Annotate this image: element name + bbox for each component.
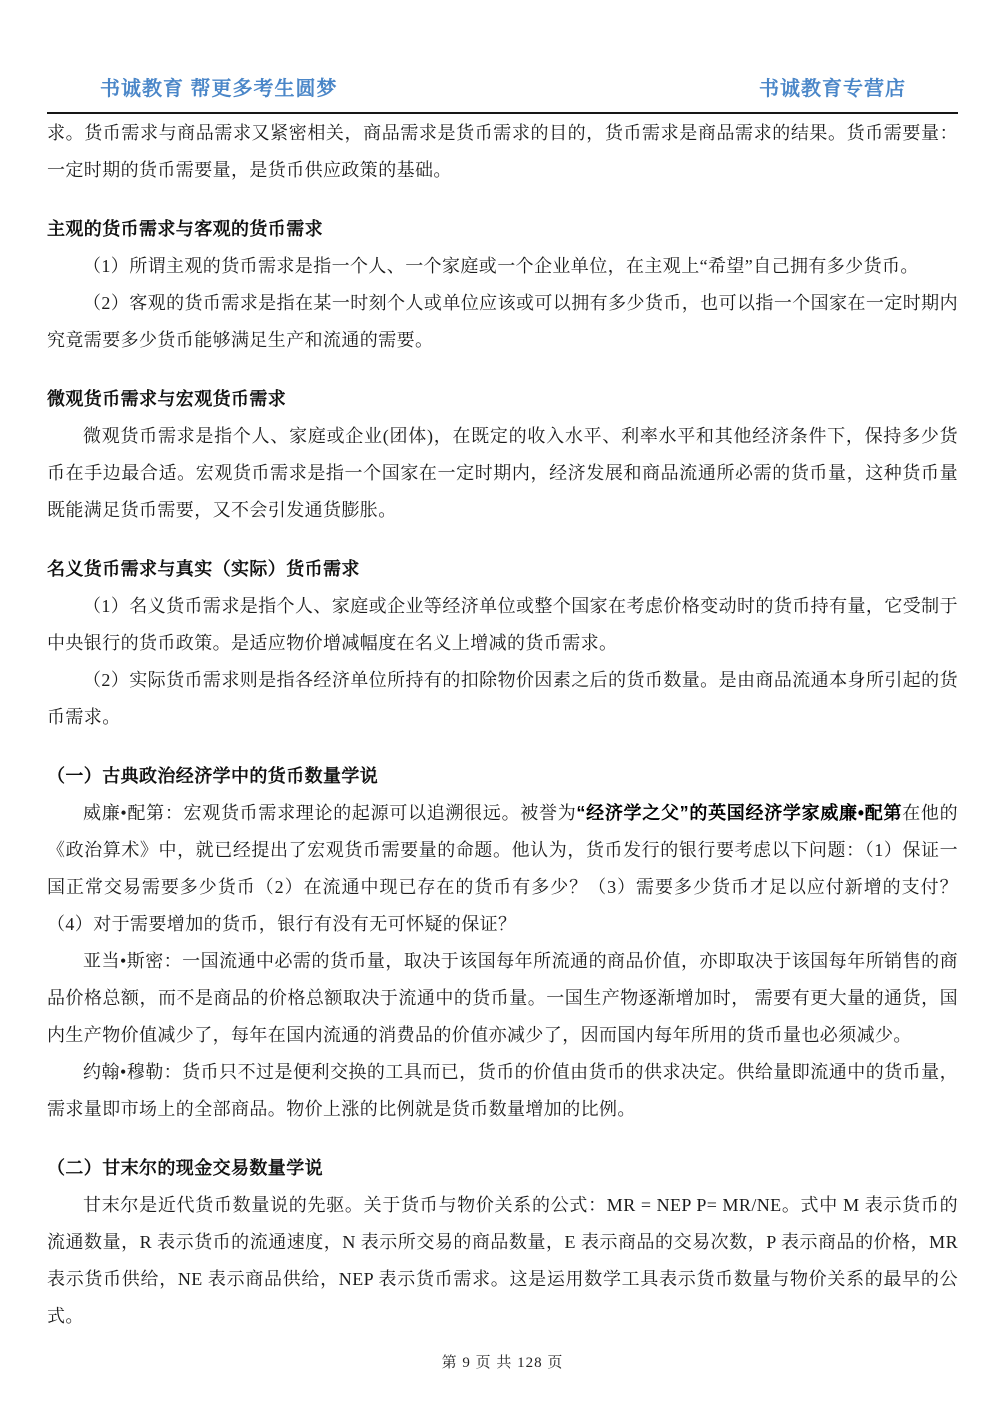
text-run: （一）古典政治经济学中的货币数量学说 — [47, 766, 378, 786]
text-run: （二）甘末尔的现金交易数量学说 — [47, 1158, 323, 1178]
paragraph: 亚当•斯密：一国流通中必需的货币量，取决于该国每年所流通的商品价值，亦即取决于该… — [47, 943, 958, 1054]
paragraph: （2）实际货币需求则是指各经济单位所持有的扣除物价因素之后的货币数量。是由商品流… — [47, 662, 958, 736]
text-run: 微观货币需求是指个人、家庭或企业(团体)，在既定的收入水平、利率水平和其他经济条… — [47, 426, 958, 520]
document-page: 书诚教育 帮更多考生圆梦 书诚教育专营店 求。货币需求与商品需求又紧密相关，商品… — [0, 0, 1000, 1414]
text-run: 求。货币需求与商品需求又紧密相关，商品需求是货币需求的目的，货币需求是商品需求的… — [47, 123, 958, 180]
page-header: 书诚教育 帮更多考生圆梦 书诚教育专营店 — [47, 0, 958, 101]
paragraph: （2）客观的货币需求是指在某一时刻个人或单位应该或可以拥有多少货币，也可以指一个… — [47, 285, 958, 359]
section-heading: 微观货币需求与宏观货币需求 — [47, 381, 958, 418]
header-right-brand: 书诚教育专营店 — [759, 72, 906, 101]
document-body: 求。货币需求与商品需求又紧密相关，商品需求是货币需求的目的，货币需求是商品需求的… — [47, 114, 958, 1335]
paragraph: 威廉•配第：宏观货币需求理论的起源可以追溯很远。被誉为“经济学之父”的英国经济学… — [47, 795, 958, 943]
page-number: 第 9 页 共 128 页 — [442, 1355, 564, 1371]
paragraph: 微观货币需求是指个人、家庭或企业(团体)，在既定的收入水平、利率水平和其他经济条… — [47, 418, 958, 529]
emphasized-text: “经济学之父”的英国经济学家威廉•配第 — [576, 803, 902, 823]
text-run: （1）所谓主观的货币需求是指一个人、一个家庭或一个企业单位，在主观上“希望”自己… — [83, 256, 919, 276]
text-run: （1）名义货币需求是指个人、家庭或企业等经济单位或整个国家在考虑价格变动时的货币… — [47, 596, 958, 653]
section-heading: 主观的货币需求与客观的货币需求 — [47, 211, 958, 248]
section-heading: （二）甘末尔的现金交易数量学说 — [47, 1150, 958, 1187]
page-footer: 第 9 页 共 128 页 — [47, 1351, 958, 1372]
paragraph: 求。货币需求与商品需求又紧密相关，商品需求是货币需求的目的，货币需求是商品需求的… — [47, 115, 958, 189]
header-left-brand: 书诚教育 帮更多考生圆梦 — [100, 72, 338, 101]
text-run: 约翰•穆勒：货币只不过是便利交换的工具而已，货币的价值由货币的供求决定。供给量即… — [47, 1062, 958, 1119]
paragraph: （1）名义货币需求是指个人、家庭或企业等经济单位或整个国家在考虑价格变动时的货币… — [47, 588, 958, 662]
text-run: （2）实际货币需求则是指各经济单位所持有的扣除物价因素之后的货币数量。是由商品流… — [47, 670, 958, 727]
section-heading: （一）古典政治经济学中的货币数量学说 — [47, 758, 958, 795]
text-run: 微观货币需求与宏观货币需求 — [47, 389, 286, 409]
paragraph: 约翰•穆勒：货币只不过是便利交换的工具而已，货币的价值由货币的供求决定。供给量即… — [47, 1054, 958, 1128]
paragraph: （1）所谓主观的货币需求是指一个人、一个家庭或一个企业单位，在主观上“希望”自己… — [47, 248, 958, 285]
text-run: 甘末尔是近代货币数量说的先驱。关于货币与物价关系的公式：MR = NEP P= … — [47, 1195, 958, 1326]
text-run: （2）客观的货币需求是指在某一时刻个人或单位应该或可以拥有多少货币，也可以指一个… — [47, 293, 958, 350]
text-run: 主观的货币需求与客观的货币需求 — [47, 219, 323, 239]
section-heading: 名义货币需求与真实（实际）货币需求 — [47, 551, 958, 588]
text-run: 名义货币需求与真实（实际）货币需求 — [47, 559, 360, 579]
text-run: 亚当•斯密：一国流通中必需的货币量，取决于该国每年所流通的商品价值，亦即取决于该… — [47, 951, 958, 1045]
text-run: 威廉•配第：宏观货币需求理论的起源可以追溯很远。被誉为 — [83, 803, 576, 823]
paragraph: 甘末尔是近代货币数量说的先驱。关于货币与物价关系的公式：MR = NEP P= … — [47, 1187, 958, 1335]
